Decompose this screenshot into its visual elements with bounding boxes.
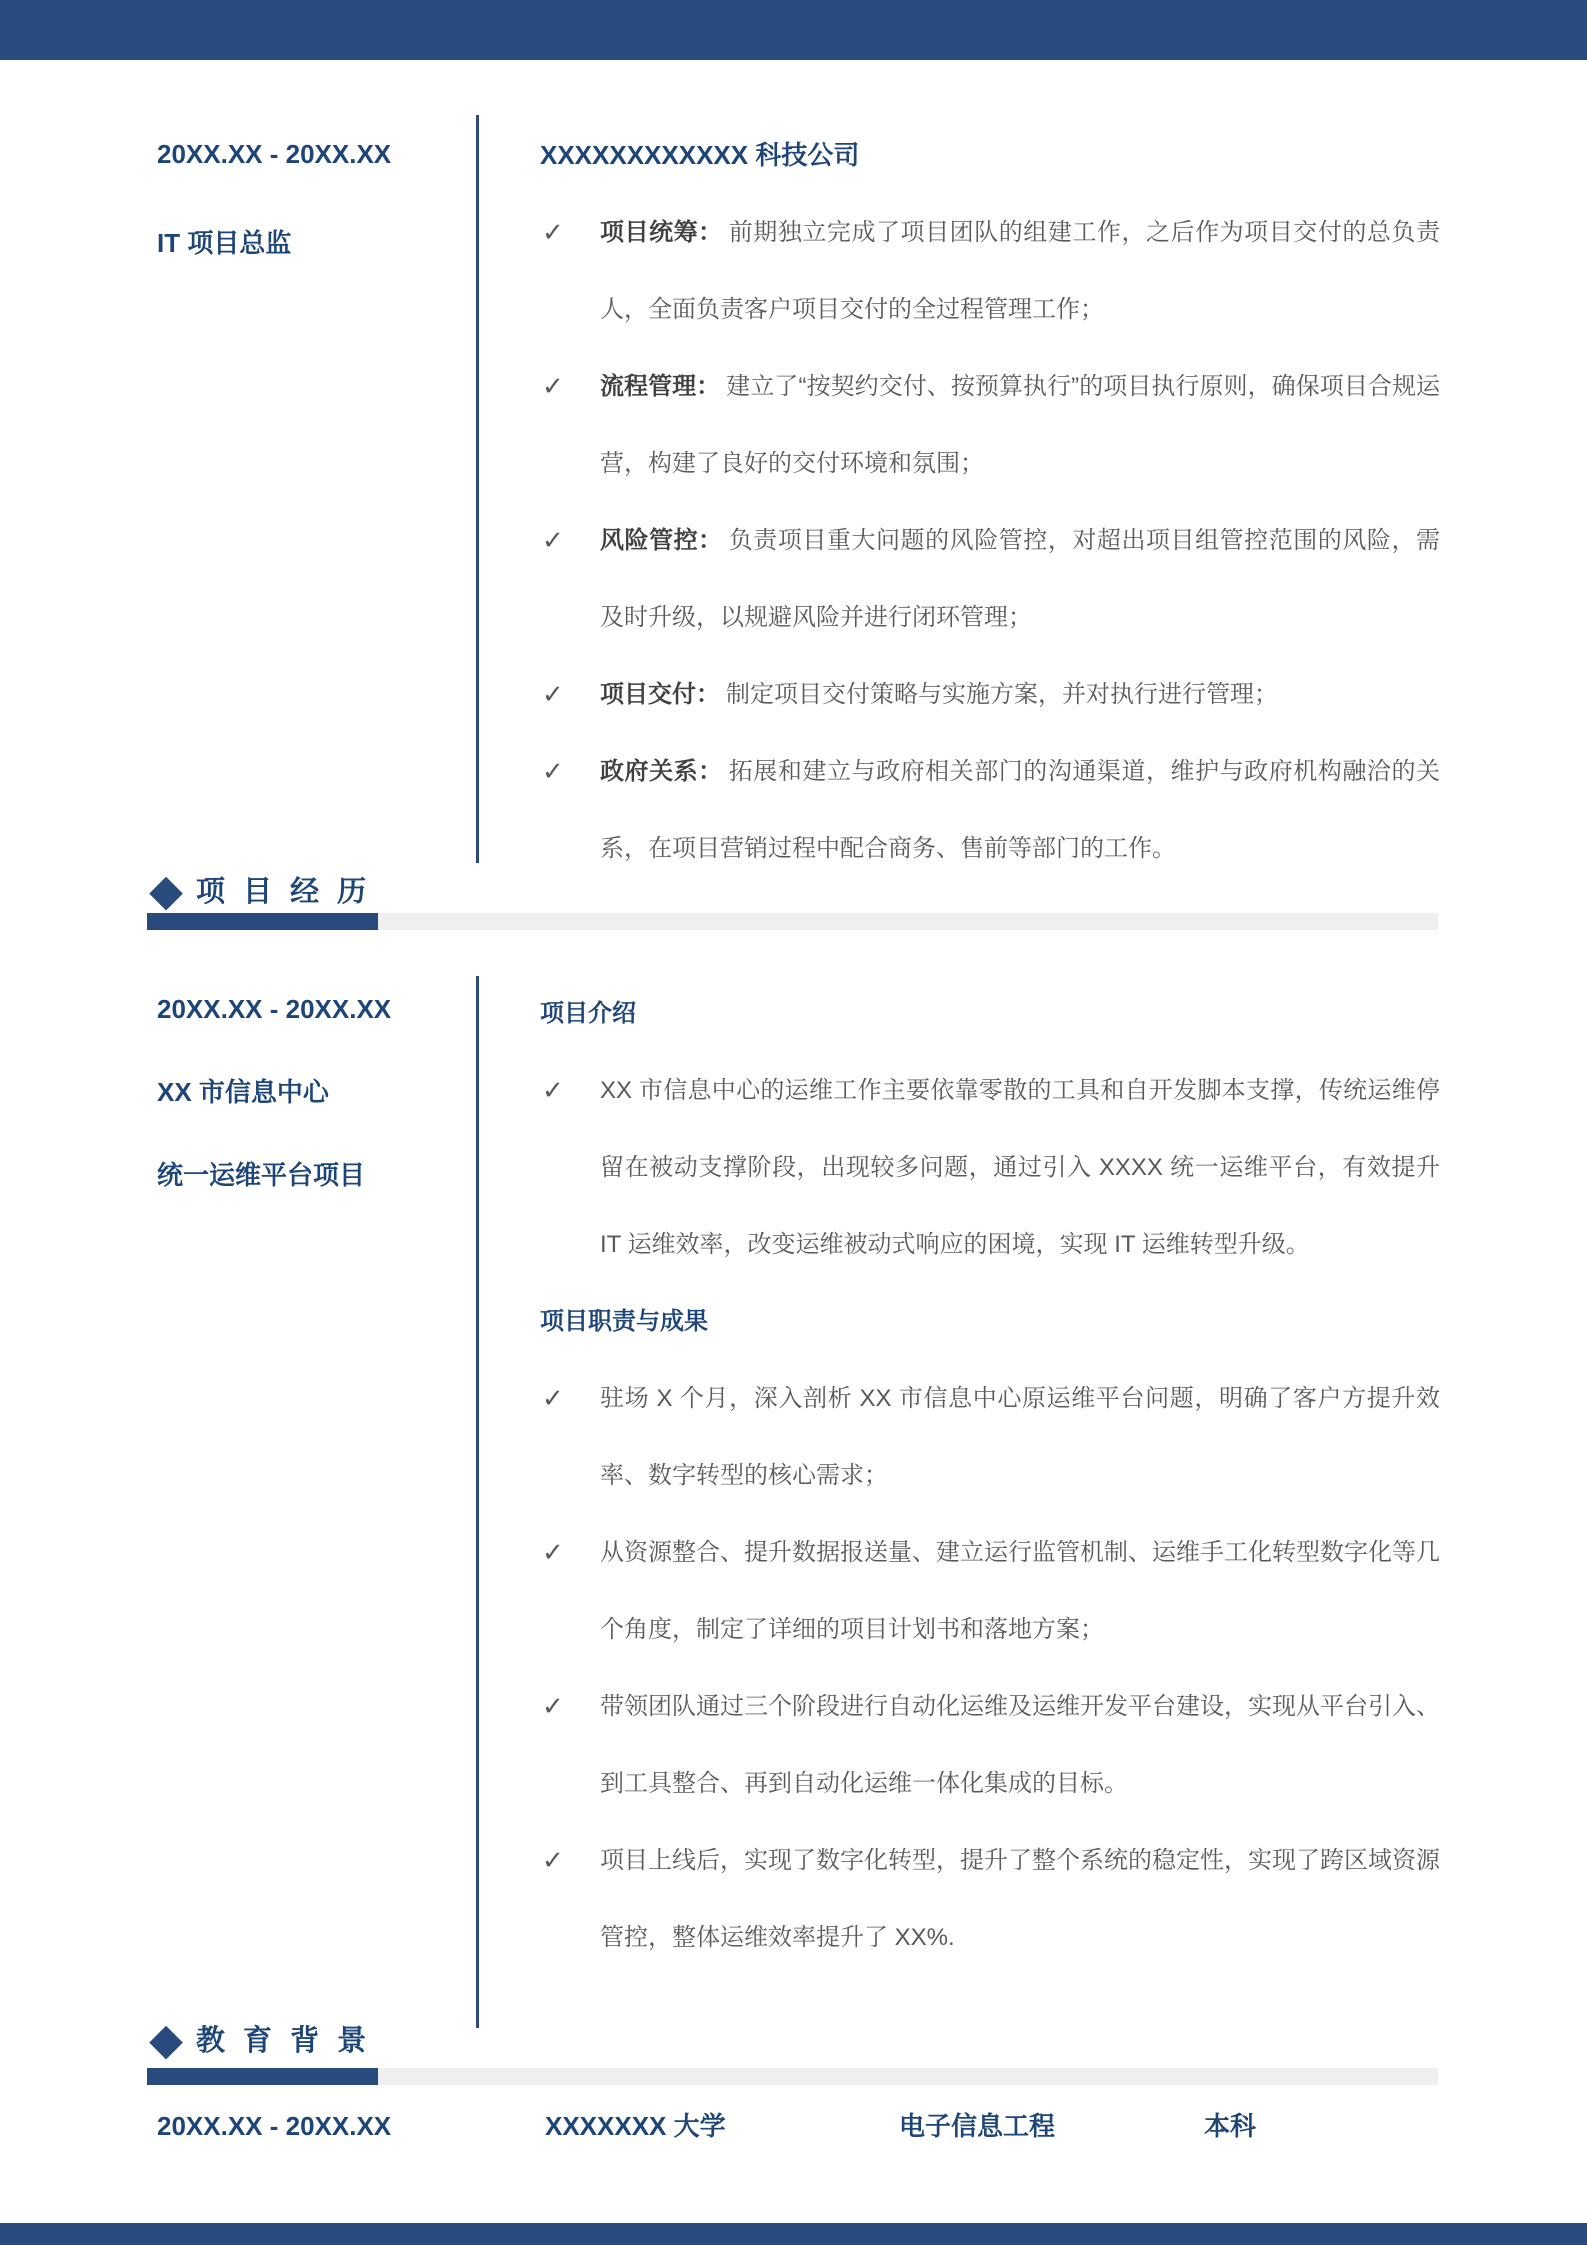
check-icon: ✓ [542,733,582,810]
check-icon: ✓ [542,1668,582,1745]
bullet-text: 制定项目交付策略与实施方案，并对执行进行管理； [726,681,1278,708]
bullet-label: 项目交付： [600,681,720,708]
diamond-icon: ◆ [144,2018,188,2062]
work-bullet: ✓流程管理：建立了“按契约交付、按预算执行”的项目执行原则，确保项目合规运营，构… [600,348,1440,502]
project-duties-title: 项目职责与成果 [540,1283,1440,1360]
resume-page: 20XX.XX - 20XX.XX IT 项目总监 XXXXXXXXXXXX 科… [0,0,1587,2245]
project-org: XX 市信息中心 [157,1051,467,1134]
check-icon: ✓ [542,502,582,579]
project-intro-title: 项目介绍 [540,975,1440,1052]
bullet-text: 建立了“按契约交付、按预算执行”的项目执行原则，确保项目合规运营，构建了良好的交… [600,373,1440,477]
check-icon: ✓ [542,1360,582,1437]
bullet-text: XX 市信息中心的运维工作主要依靠零散的工具和自开发脚本支撑，传统运维停留在被动… [600,1077,1440,1258]
project-bullet: ✓项目上线后，实现了数字化转型，提升了整个系统的稳定性，实现了跨区域资源管控，整… [600,1822,1440,1976]
project-right-column: 项目介绍 ✓XX 市信息中心的运维工作主要依靠零散的工具和自开发脚本支撑，传统运… [540,975,1440,1976]
top-accent-bar [0,0,1587,60]
project-bullet: ✓带领团队通过三个阶段进行自动化运维及运维开发平台建设，实现从平台引入、到工具整… [600,1668,1440,1822]
check-icon: ✓ [542,656,582,733]
section-underline [147,2068,1438,2085]
education-date: 20XX.XX - 20XX.XX [157,2100,391,2152]
education-school: XXXXXXX 大学 [545,2100,726,2152]
check-icon: ✓ [542,1822,582,1899]
project-name: 统一运维平台项目 [157,1134,467,1217]
section-underline-accent [147,2068,378,2085]
bullet-label: 风险管控： [600,527,723,554]
work-bullet: ✓政府关系：拓展和建立与政府相关部门的沟通渠道，维护与政府机构融洽的关系，在项目… [600,733,1440,887]
bottom-accent-bar [0,2223,1587,2245]
education-row: 20XX.XX - 20XX.XX XXXXXXX 大学 电子信息工程 本科 [157,2100,1457,2152]
section-underline-accent [147,913,378,930]
work-bullet: ✓项目统筹：前期独立完成了项目团队的组建工作，之后作为项目交付的总负责人，全面负… [600,194,1440,348]
check-icon: ✓ [542,1052,582,1129]
bullet-text: 从资源整合、提升数据报送量、建立运行监管机制、运维手工化转型数字化等几个角度，制… [600,1539,1440,1643]
project-left-column: 20XX.XX - 20XX.XX XX 市信息中心 统一运维平台项目 [157,968,467,1217]
company-name: XXXXXXXXXXXX 科技公司 [540,117,1440,194]
work-bullet: ✓项目交付：制定项目交付策略与实施方案，并对执行进行管理； [600,656,1440,733]
bullet-label: 项目统筹： [600,219,723,246]
work-date: 20XX.XX - 20XX.XX [157,110,467,199]
project-bullet: ✓驻场 X 个月，深入剖析 XX 市信息中心原运维平台问题，明确了客户方提升效率… [600,1360,1440,1514]
project-intro-bullet: ✓XX 市信息中心的运维工作主要依靠零散的工具和自开发脚本支撑，传统运维停留在被… [600,1052,1440,1283]
vertical-divider [476,976,479,2028]
diamond-icon: ◆ [144,869,188,913]
work-right-column: XXXXXXXXXXXX 科技公司 ✓项目统筹：前期独立完成了项目团队的组建工作… [540,117,1440,887]
bullet-label: 流程管理： [600,373,720,400]
work-left-column: 20XX.XX - 20XX.XX IT 项目总监 [157,110,467,288]
section-header-education: 教 育 背 景 [196,2023,371,2059]
vertical-divider [476,115,479,863]
education-major: 电子信息工程 [899,2100,1055,2152]
bullet-text: 带领团队通过三个阶段进行自动化运维及运维开发平台建设，实现从平台引入、到工具整合… [600,1693,1440,1797]
bullet-text: 拓展和建立与政府相关部门的沟通渠道，维护与政府机构融洽的关系，在项目营销过程中配… [600,758,1440,862]
bullet-text: 负责项目重大问题的风险管控，对超出项目组管控范围的风险，需及时升级，以规避风险并… [600,527,1440,631]
check-icon: ✓ [542,348,582,425]
education-degree: 本科 [1204,2100,1256,2152]
work-role: IT 项目总监 [157,199,467,288]
bullet-label: 政府关系： [600,758,723,785]
section-header-project: 项 目 经 历 [196,874,371,910]
bullet-text: 前期独立完成了项目团队的组建工作，之后作为项目交付的总负责人，全面负责客户项目交… [600,219,1440,323]
bullet-text: 项目上线后，实现了数字化转型，提升了整个系统的稳定性，实现了跨区域资源管控，整体… [600,1847,1440,1951]
work-bullet: ✓风险管控：负责项目重大问题的风险管控，对超出项目组管控范围的风险，需及时升级，… [600,502,1440,656]
check-icon: ✓ [542,1514,582,1591]
bullet-text: 驻场 X 个月，深入剖析 XX 市信息中心原运维平台问题，明确了客户方提升效率、… [600,1385,1440,1489]
project-date: 20XX.XX - 20XX.XX [157,968,467,1051]
project-bullet: ✓从资源整合、提升数据报送量、建立运行监管机制、运维手工化转型数字化等几个角度，… [600,1514,1440,1668]
check-icon: ✓ [542,194,582,271]
section-underline [147,913,1438,930]
